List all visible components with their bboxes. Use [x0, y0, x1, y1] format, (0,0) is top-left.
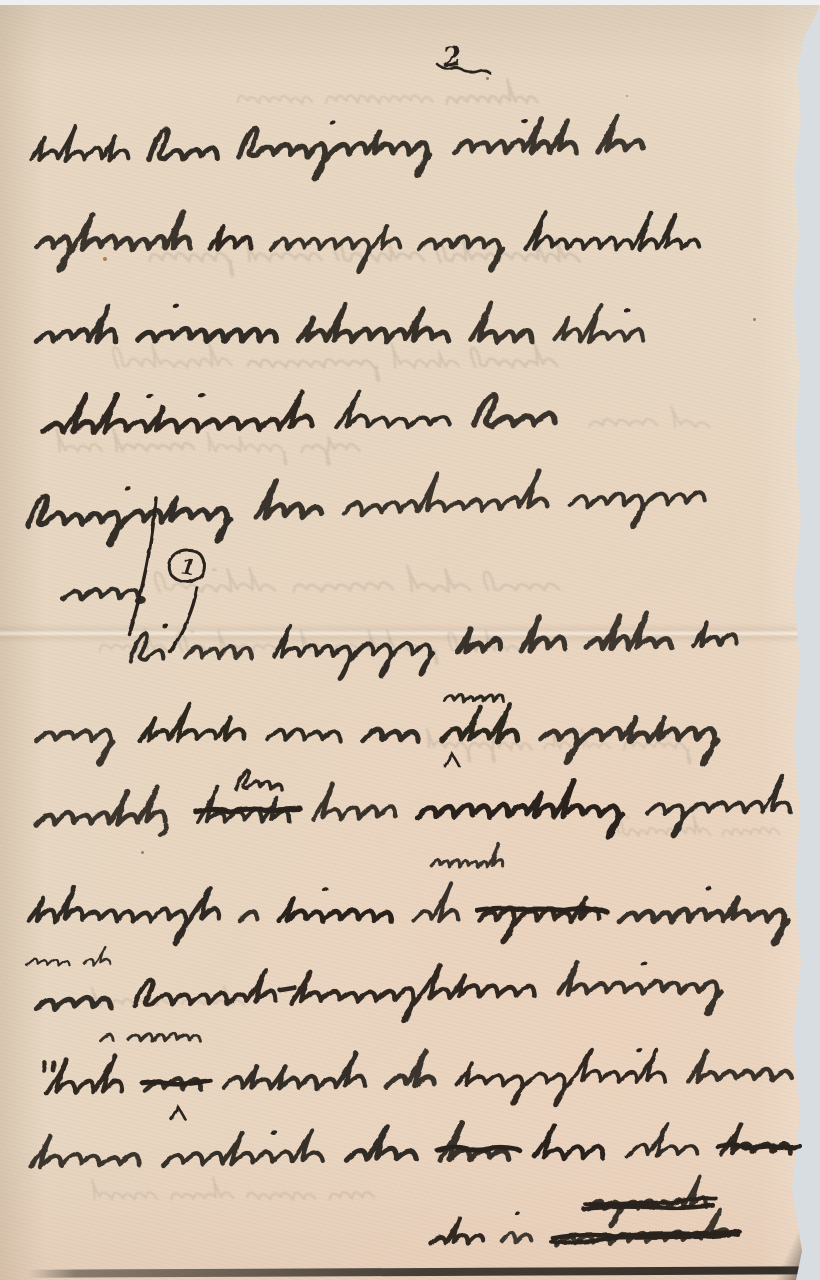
handwritten-word [585, 612, 684, 650]
handwritten-word [343, 469, 561, 516]
handwritten-word [140, 704, 260, 741]
handwritten-word [553, 304, 657, 342]
scanned-letter-screenshot: { "document": { "kind": "handwritten let… [0, 0, 820, 1280]
handwritten-word [191, 785, 309, 823]
handwritten-word [627, 1123, 711, 1157]
handwritten-word [443, 695, 506, 702]
handwritten-word [137, 304, 291, 342]
handwritten-word [530, 718, 727, 764]
showthrough-marks [290, 582, 394, 591]
handwritten-word [42, 391, 328, 434]
ink-layer: 2 1 [17, 41, 811, 1246]
showthrough-marks [147, 253, 236, 276]
handwritten-word [688, 1050, 803, 1083]
showthrough-marks [614, 816, 711, 836]
showthrough-marks [88, 1180, 157, 1200]
showthrough-marks [720, 828, 780, 836]
handwritten-word [521, 615, 577, 650]
showthrough-marks [109, 341, 233, 367]
handwritten-word [27, 730, 119, 764]
handwritten-word [433, 1122, 532, 1161]
handwritten-word [470, 303, 547, 342]
handwritten-word [223, 1053, 378, 1091]
handwritten-word [230, 119, 443, 181]
handwritten-word [363, 729, 423, 741]
handwriting-layer: 2 1 [0, 0, 820, 1280]
handwritten-word [576, 1176, 724, 1228]
showthrough-marks [164, 1178, 234, 1200]
handwritten-word [501, 1211, 542, 1243]
showthrough-marks [467, 343, 558, 367]
handwritten-word [36, 997, 115, 1010]
handwritten-word [430, 844, 510, 867]
handwritten-word [298, 305, 463, 342]
showthrough-marks [246, 359, 382, 381]
handwritten-word [31, 1055, 137, 1094]
handwritten-word [19, 887, 231, 943]
handwritten-word [413, 883, 472, 921]
handwritten-word [549, 1209, 750, 1246]
caret-mark [171, 1107, 185, 1119]
showthrough-marks [246, 1193, 316, 1200]
handwritten-word [533, 1124, 617, 1159]
showthrough-marks [622, 742, 693, 763]
showthrough-marks [440, 79, 538, 103]
showthrough-marks [236, 96, 313, 104]
handwritten-word [448, 1047, 680, 1106]
handwritten-word [454, 118, 590, 155]
showthrough-marks [387, 343, 459, 368]
handwritten-word [36, 306, 130, 342]
showthrough-marks [481, 572, 559, 590]
showthrough-marks [327, 1192, 374, 1199]
handwritten-word [714, 1123, 810, 1155]
handwritten-word [409, 780, 636, 841]
showthrough-marks [403, 566, 471, 592]
handwritten-word [209, 226, 259, 249]
caret-mark [445, 754, 459, 766]
handwritten-word [265, 622, 445, 682]
handwritten-word [336, 389, 465, 428]
handwritten-word [561, 490, 709, 530]
handwritten-word [598, 115, 656, 152]
handwritten-word [313, 783, 410, 820]
handwritten-word [130, 624, 177, 661]
handwritten-word [128, 1033, 204, 1041]
showthrough-marks [110, 430, 195, 451]
handwritten-word [148, 128, 229, 160]
handwritten-word [610, 886, 801, 944]
showthrough-marks [203, 432, 289, 464]
handwritten-word [19, 482, 244, 548]
handwritten-word [139, 1077, 212, 1091]
scanner-background: 2 1 [0, 0, 820, 1280]
handwritten-word [457, 628, 508, 652]
handwritten-word [266, 730, 344, 741]
handwritten-word [441, 705, 532, 742]
showthrough-marks [332, 242, 425, 262]
handwritten-word [28, 212, 203, 271]
handwritten-word [262, 226, 407, 272]
showthrough-marks [587, 419, 658, 427]
handwritten-word [387, 1051, 449, 1087]
handwritten-word [346, 1126, 430, 1161]
handwritten-word [101, 1035, 116, 1041]
handwritten-word [240, 912, 261, 921]
showthrough-marks [667, 406, 710, 427]
showthrough-marks [324, 95, 433, 103]
handwritten-word [32, 786, 190, 837]
handwritten-word [256, 478, 335, 518]
handwritten-word [430, 1217, 492, 1245]
annotation-number: 1 [179, 553, 197, 580]
handwritten-word [548, 958, 735, 1018]
handwritten-word [236, 771, 290, 790]
handwritten-word [638, 776, 805, 838]
handwritten-word [30, 1135, 152, 1168]
handwritten-word [473, 394, 568, 427]
handwritten-word [83, 947, 119, 966]
handwritten-word [163, 1129, 336, 1165]
handwritten-word [526, 212, 713, 250]
showthrough-marks [297, 437, 364, 464]
handwritten-word [693, 622, 744, 646]
handwritten-word [278, 887, 405, 922]
handwritten-word [125, 962, 549, 1028]
handwritten-word [465, 898, 613, 942]
handwritten-word [26, 959, 72, 966]
handwritten-word [30, 125, 141, 161]
stray-pen-stroke [170, 588, 197, 652]
